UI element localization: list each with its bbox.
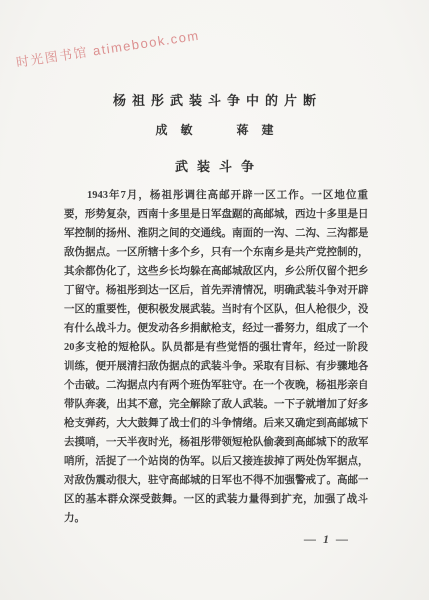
body-text-line: 哨所，活捉了一个站岗的伪军。以后又接连拔掉了两处伪军据点， — [64, 452, 368, 471]
body-text-line: 去摸哨，一天半夜时光，杨祖彤带领短枪队偷袭到高邮城下的敌军 — [64, 433, 368, 452]
author-name-1: 成 敏 — [150, 122, 197, 138]
body-text-line: 军控制的扬州、淮阴之间的交通线。南面的一沟、二沟、三沟都是 — [64, 224, 368, 243]
body-text-line: 训练，便开展清扫敌伪据点的武装斗争。采取有目标、有步骤地各 — [64, 357, 368, 376]
page-number: — 1 — — [304, 532, 350, 546]
body-text-line: 20多支枪的短枪队。队员都是有些觉悟的强壮青年，经过一阶段 — [64, 338, 368, 357]
body-text-line: 对敌伪震动很大，驻守高邮城的日军也不得不加强警戒了。高邮一 — [64, 471, 368, 490]
body-text-line: 1943年7月，杨祖彤调往高邮开辟一区工作。一区地位重 — [64, 186, 368, 205]
section-heading: 武装斗争 — [0, 158, 429, 176]
body-text-line: 枪支弹药，大大鼓舞了战士们的斗争情绪。后来又确定到高邮城下 — [64, 414, 368, 433]
body-text: 1943年7月，杨祖彤调往高邮开辟一区工作。一区地位重要，形势复杂，西南十多里是… — [64, 186, 368, 528]
body-text-line: 敌伪据点。一区所辖十多个乡，只有一个东南乡是共产党控制的， — [64, 243, 368, 262]
document-content: 杨祖彤武装斗争中的片断 成 敏 蒋 建 武装斗争 1943年7月，杨祖彤调往高邮… — [0, 0, 429, 548]
body-text-line: 带队奔袭，出其不意，完全解除了敌人武装。一下子就增加了好多 — [64, 395, 368, 414]
body-text-line: 要，形势复杂，西南十多里是日军盘踞的高邮城，西边十多里是日 — [64, 205, 368, 224]
scanned-document-page: 时光图书馆 atimebook.com 杨祖彤武装斗争中的片断 成 敏 蒋 建 … — [0, 0, 429, 600]
body-text-line: 一区的重要性，便积极发展武装。当时有个区队，但人枪很少，没 — [64, 300, 368, 319]
body-text-line: 区的基本群众深受鼓舞。一区的武装力量得到扩充，加强了战斗 — [64, 490, 368, 509]
page-number-row: — 1 — — [64, 530, 368, 548]
authors-row: 成 敏 蒋 建 — [0, 122, 429, 138]
body-text-line: 个击破。二沟据点内有两个班伪军驻守。在一个夜晚，杨祖彤亲自 — [64, 376, 368, 395]
body-text-line: 丁留守。杨祖彤到达一区后，首先弄清情况，明确武装斗争对开辟 — [64, 281, 368, 300]
body-text-line: 力。 — [64, 509, 368, 528]
document-title: 杨祖彤武装斗争中的片断 — [0, 92, 429, 110]
author-name-2: 蒋 建 — [232, 122, 279, 138]
body-text-line: 其余都伪化了，这些乡长均躲在高邮城敌区内，乡公所仅留个把乡 — [64, 262, 368, 281]
body-text-line: 有什么战斗力。便发动各乡捐献枪支，经过一番努力，组成了一个 — [64, 319, 368, 338]
